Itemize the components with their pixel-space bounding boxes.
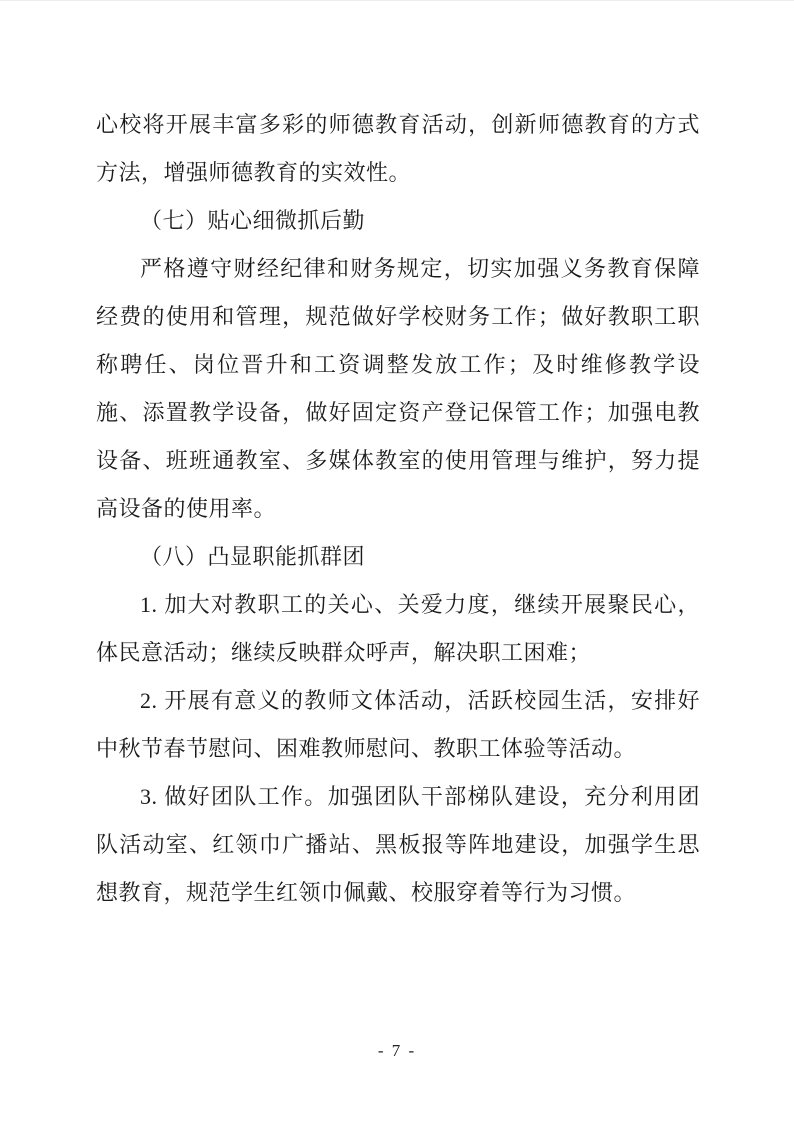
- page-number: - 7 -: [378, 1041, 416, 1060]
- numbered-item-3-youth-league-work: 3. 做好团队工作。加强团队干部梯队建设，充分利用团队活动室、红领巾广播站、黑板…: [96, 773, 700, 917]
- section-heading-8-quntuan: （八）凸显职能抓群团: [96, 533, 700, 581]
- document-body: 心校将开展丰富多彩的师德教育活动，创新师德教育的方式方法，增强师德教育的实效性。…: [96, 101, 700, 917]
- paragraph-continuation-shide-education: 心校将开展丰富多彩的师德教育活动，创新师德教育的方式方法，增强师德教育的实效性。: [96, 101, 700, 197]
- numbered-item-1-staff-care: 1. 加大对教职工的关心、关爱力度，继续开展聚民心，体民意活动；继续反映群众呼声…: [96, 581, 700, 677]
- section-heading-7-houqin: （七）贴心细微抓后勤: [96, 197, 700, 245]
- paragraph-finance-logistics: 严格遵守财经纪律和财务规定，切实加强义务教育保障经费的使用和管理，规范做好学校财…: [96, 245, 700, 533]
- scan-top-hairline: [0, 0, 794, 1]
- page-footer: - 7 -: [0, 1041, 794, 1061]
- numbered-item-2-teacher-activities: 2. 开展有意义的教师文体活动，活跃校园生活，安排好中秋节春节慰问、困难教师慰问…: [96, 677, 700, 773]
